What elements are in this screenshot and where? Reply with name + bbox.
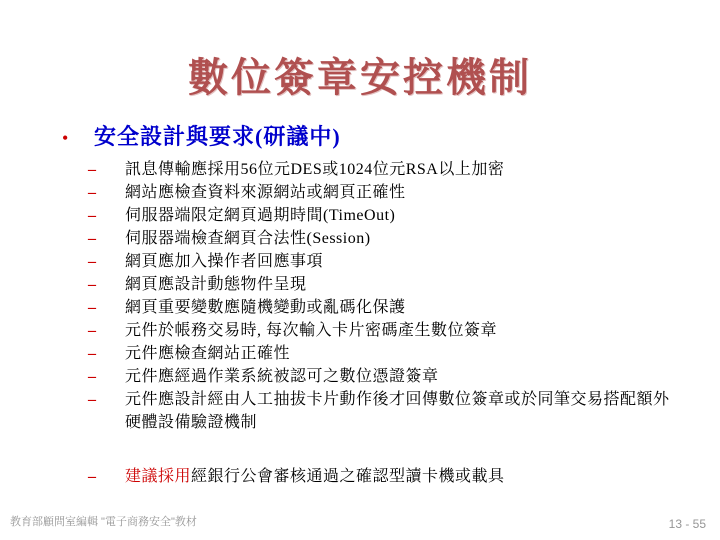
list-item: – 元件應檢查網站正確性 bbox=[88, 342, 676, 365]
requirements-list: – 訊息傳輸應採用56位元DES或1024位元RSA以上加密 – 網站應檢查資料… bbox=[88, 158, 676, 434]
list-item: – 網頁重要變數應隨機變動或亂碼化保護 bbox=[88, 296, 676, 319]
dash-bullet-icon: – bbox=[88, 465, 125, 488]
bullet-icon: • bbox=[60, 125, 94, 151]
dash-bullet-icon: – bbox=[88, 319, 125, 342]
list-item: – 訊息傳輸應採用56位元DES或1024位元RSA以上加密 bbox=[88, 158, 676, 181]
dash-bullet-icon: – bbox=[88, 342, 125, 365]
list-item-text: 元件應經過作業系統被認可之數位憑證簽章 bbox=[125, 365, 676, 388]
list-item: – 網站應檢查資料來源網站或網頁正確性 bbox=[88, 181, 676, 204]
list-item: – 元件應經過作業系統被認可之數位憑證簽章 bbox=[88, 365, 676, 388]
recommendation-highlight: 建議採用 bbox=[125, 468, 191, 485]
dash-bullet-icon: – bbox=[88, 158, 125, 181]
dash-bullet-icon: – bbox=[88, 181, 125, 204]
page-number: 13 - 55 bbox=[669, 517, 706, 531]
list-item-text: 訊息傳輸應採用56位元DES或1024位元RSA以上加密 bbox=[125, 158, 676, 181]
dash-bullet-icon: – bbox=[88, 296, 125, 319]
list-item: – 元件應設計經由人工抽拔卡片動作後才回傳數位簽章或於同筆交易搭配額外硬體設備驗… bbox=[88, 388, 676, 434]
list-item-text: 網頁應設計動態物件呈現 bbox=[125, 273, 676, 296]
dash-bullet-icon: – bbox=[88, 204, 125, 227]
slide-title: 數位簽章安控機制 bbox=[0, 46, 720, 103]
footer-credit: 教育部顧問室編輯 "電子商務安全"教材 bbox=[10, 513, 197, 529]
list-item: – 伺服器端限定網頁過期時間(TimeOut) bbox=[88, 204, 676, 227]
dash-bullet-icon: – bbox=[88, 365, 125, 388]
list-item-text: 網頁重要變數應隨機變動或亂碼化保護 bbox=[125, 296, 676, 319]
section-heading: 安全設計與要求(研議中) bbox=[94, 124, 341, 150]
section-heading-row: • 安全設計與要求(研議中) bbox=[60, 124, 676, 151]
dash-bullet-icon: – bbox=[88, 227, 125, 250]
recommendation-row: – 建議採用經銀行公會審核通過之確認型讀卡機或載具 bbox=[88, 465, 676, 488]
list-item: – 網頁應設計動態物件呈現 bbox=[88, 273, 676, 296]
list-item: – 元件於帳務交易時, 每次輸入卡片密碼產生數位簽章 bbox=[88, 319, 676, 342]
list-item-text: 元件應檢查網站正確性 bbox=[125, 342, 676, 365]
list-item: – 網頁應加入操作者回應事項 bbox=[88, 250, 676, 273]
dash-bullet-icon: – bbox=[88, 250, 125, 273]
dash-bullet-icon: – bbox=[88, 273, 125, 296]
recommendation-text: 建議採用經銀行公會審核通過之確認型讀卡機或載具 bbox=[125, 465, 505, 488]
list-item-text: 元件應設計經由人工抽拔卡片動作後才回傳數位簽章或於同筆交易搭配額外硬體設備驗證機… bbox=[125, 388, 676, 434]
recommendation-rest: 經銀行公會審核通過之確認型讀卡機或載具 bbox=[191, 468, 505, 485]
slide-body: • 安全設計與要求(研議中) – 訊息傳輸應採用56位元DES或1024位元RS… bbox=[60, 124, 676, 488]
list-item-text: 元件於帳務交易時, 每次輸入卡片密碼產生數位簽章 bbox=[125, 319, 676, 342]
dash-bullet-icon: – bbox=[88, 388, 125, 411]
list-item-text: 網站應檢查資料來源網站或網頁正確性 bbox=[125, 181, 676, 204]
list-item-text: 網頁應加入操作者回應事項 bbox=[125, 250, 676, 273]
list-item-text: 伺服器端限定網頁過期時間(TimeOut) bbox=[125, 204, 676, 227]
list-item-text: 伺服器端檢查網頁合法性(Session) bbox=[125, 227, 676, 250]
list-item: – 伺服器端檢查網頁合法性(Session) bbox=[88, 227, 676, 250]
